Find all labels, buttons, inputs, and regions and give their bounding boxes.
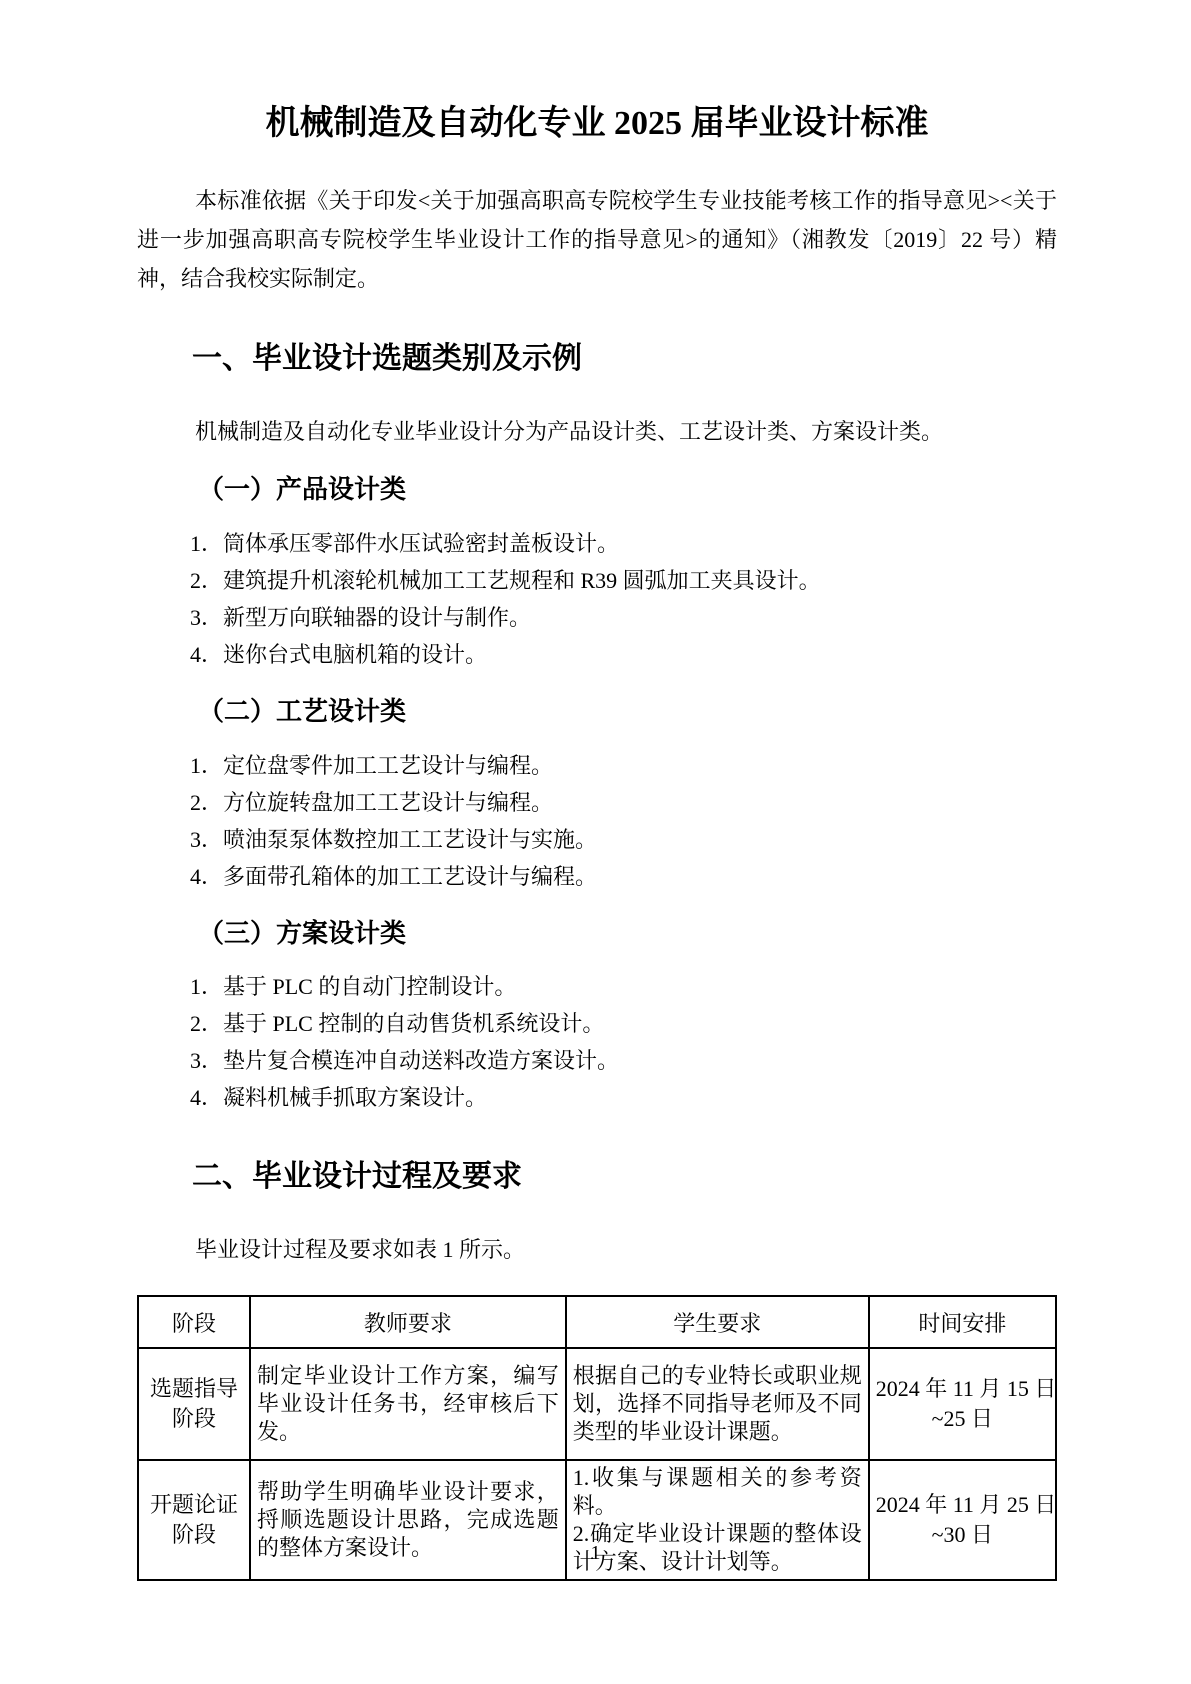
student-requirement-line: 1.收集与课题相关的参考资料。 — [573, 1464, 862, 1520]
time-line: ~25 日 — [876, 1404, 1049, 1434]
stage-cell: 选题指导阶段 — [138, 1348, 250, 1460]
time-line: 2024 年 11 月 15 日 — [876, 1374, 1049, 1404]
column-header-stage: 阶段 — [138, 1296, 250, 1348]
list-item: 3．垫片复合模连冲自动送料改造方案设计。 — [190, 1042, 1057, 1079]
subsection-1-2-list: 1．定位盘零件加工工艺设计与编程。 2．方位旋转盘加工工艺设计与编程。 3．喷油… — [137, 747, 1057, 895]
list-item: 4．迷你台式电脑机箱的设计。 — [190, 636, 1057, 673]
subsection-1-1-heading: （一）产品设计类 — [198, 475, 1057, 505]
document-page: 机械制造及自动化专业 2025 届毕业设计标准 本标准依据《关于印发<关于加强高… — [0, 0, 1191, 1684]
subsection-1-3-heading: （三）方案设计类 — [198, 919, 1057, 949]
column-header-teacher: 教师要求 — [250, 1296, 566, 1348]
student-requirement-cell: 根据自己的专业特长或职业规划，选择不同指导老师及不同类型的毕业设计课题。 — [566, 1348, 869, 1460]
column-header-time: 时间安排 — [869, 1296, 1056, 1348]
table-row: 选题指导阶段 制定毕业设计工作方案，编写毕业设计任务书，经审核后下发。 根据自己… — [138, 1348, 1056, 1460]
list-item: 2．建筑提升机滚轮机械加工工艺规程和 R39 圆弧加工夹具设计。 — [190, 562, 1057, 599]
section-1-intro: 机械制造及自动化专业毕业设计分为产品设计类、工艺设计类、方案设计类。 — [137, 412, 1057, 451]
process-requirements-table: 阶段 教师要求 学生要求 时间安排 选题指导阶段 制定毕业设计工作方案，编写毕业… — [137, 1295, 1057, 1581]
subsection-1-1-list: 1．筒体承压零部件水压试验密封盖板设计。 2．建筑提升机滚轮机械加工工艺规程和 … — [137, 525, 1057, 673]
list-item: 1．定位盘零件加工工艺设计与编程。 — [190, 747, 1057, 784]
table-header-row: 阶段 教师要求 学生要求 时间安排 — [138, 1296, 1056, 1348]
column-header-student: 学生要求 — [566, 1296, 869, 1348]
list-item: 3．新型万向联轴器的设计与制作。 — [190, 599, 1057, 636]
list-item: 2．基于 PLC 控制的自动售货机系统设计。 — [190, 1005, 1057, 1042]
time-cell: 2024 年 11 月 15 日 ~25 日 — [869, 1348, 1056, 1460]
subsection-1-3-list: 1．基于 PLC 的自动门控制设计。 2．基于 PLC 控制的自动售货机系统设计… — [137, 968, 1057, 1116]
section-2-heading: 二、毕业设计过程及要求 — [192, 1160, 1057, 1193]
section-1-heading: 一、毕业设计选题类别及示例 — [192, 342, 1057, 375]
list-item: 2．方位旋转盘加工工艺设计与编程。 — [190, 784, 1057, 821]
list-item: 4．凝料机械手抓取方案设计。 — [190, 1079, 1057, 1116]
page-number: 1 — [0, 1542, 1191, 1565]
list-item: 3．喷油泵泵体数控加工工艺设计与实施。 — [190, 821, 1057, 858]
list-item: 4．多面带孔箱体的加工工艺设计与编程。 — [190, 858, 1057, 895]
intro-paragraph: 本标准依据《关于印发<关于加强高职高专院校学生专业技能考核工作的指导意见><关于… — [137, 181, 1057, 298]
teacher-requirement-cell: 制定毕业设计工作方案，编写毕业设计任务书，经审核后下发。 — [250, 1348, 566, 1460]
list-item: 1．基于 PLC 的自动门控制设计。 — [190, 968, 1057, 1005]
time-line: 2024 年 11 月 25 日 — [876, 1490, 1049, 1520]
list-item: 1．筒体承压零部件水压试验密封盖板设计。 — [190, 525, 1057, 562]
section-2-intro: 毕业设计过程及要求如表 1 所示。 — [137, 1230, 1057, 1269]
subsection-1-2-heading: （二）工艺设计类 — [198, 697, 1057, 727]
student-requirement-line: 根据自己的专业特长或职业规划，选择不同指导老师及不同类型的毕业设计课题。 — [573, 1362, 862, 1446]
document-title: 机械制造及自动化专业 2025 届毕业设计标准 — [137, 104, 1057, 145]
